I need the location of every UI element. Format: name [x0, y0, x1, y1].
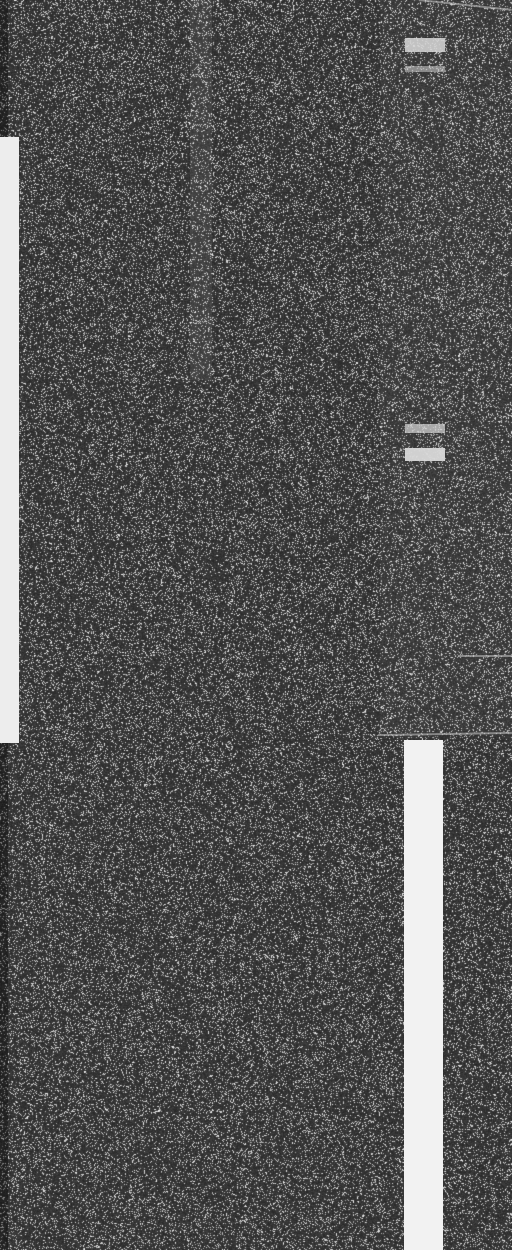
lane-dash — [405, 448, 445, 461]
pavement-seam — [190, 0, 212, 380]
crack-seal-line — [458, 655, 512, 657]
lane-dash — [405, 38, 445, 52]
pavement-patch — [380, 0, 512, 735]
road-photo — [0, 0, 512, 1250]
left-edge-line — [0, 137, 19, 743]
right-lane-line — [404, 740, 443, 1250]
lane-dash — [405, 66, 445, 72]
lane-dash — [405, 424, 445, 433]
